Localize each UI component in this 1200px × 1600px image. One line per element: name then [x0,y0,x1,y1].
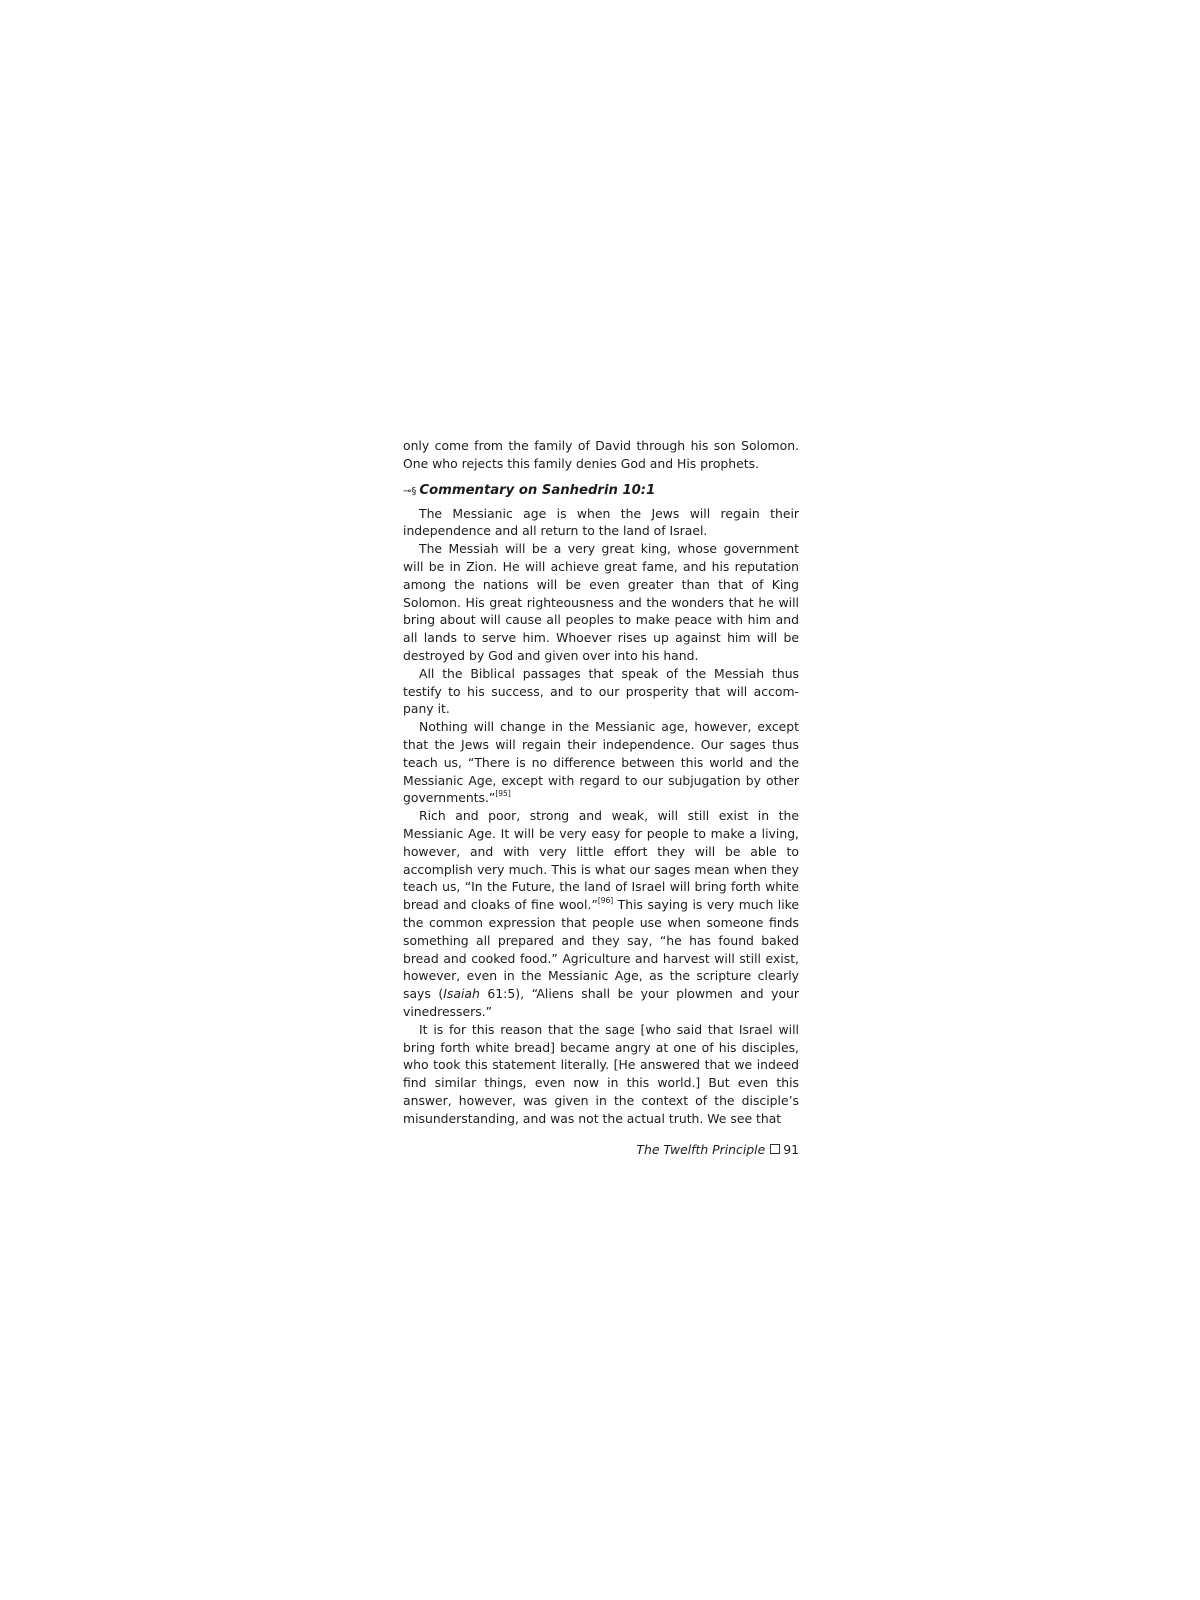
section-heading-text: Commentary on Sanhedrin 10:1 [419,482,655,500]
paragraph: The Messianic age is when the Jews will … [403,505,799,541]
running-title: The Twelfth Principle [636,1142,765,1157]
paragraph: It is for this reason that the sage [who… [403,1021,799,1128]
page-footer: The Twelfth Principle91 [403,1141,799,1159]
paragraph: Nothing will change in the Messianic age… [403,718,799,807]
paragraph: The Messiah will be a very great king, w… [403,540,799,665]
book-page: only come from the family of David throu… [403,437,799,1159]
footnote-ref: [96] [598,896,613,905]
citation-book: Isaiah [443,986,480,1001]
continued-paragraph: only come from the family of David throu… [403,437,799,473]
paragraph-text: Nothing will change in the Messianic age… [403,719,799,805]
footnote-ref: [95] [495,789,510,798]
section-ornament-icon: ⊸§ [403,483,416,501]
square-separator-icon [770,1144,780,1154]
paragraph: All the Biblical passages that speak of … [403,665,799,718]
paragraph: Rich and poor, strong and weak, will sti… [403,807,799,1021]
section-heading: ⊸§ Commentary on Sanhedrin 10:1 [403,482,799,501]
page-number: 91 [783,1142,799,1157]
